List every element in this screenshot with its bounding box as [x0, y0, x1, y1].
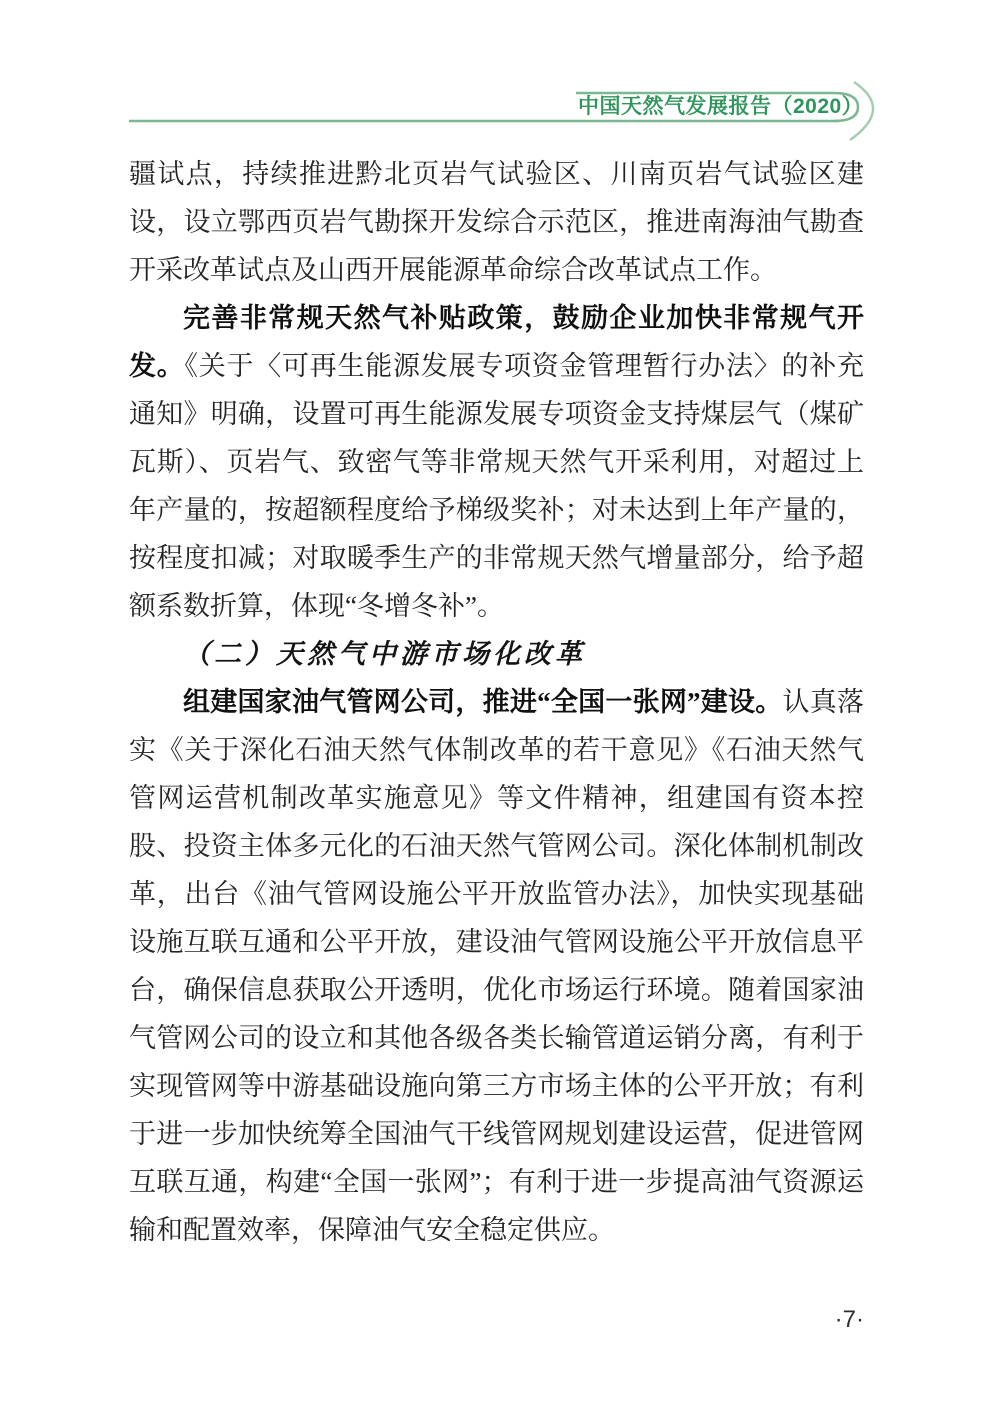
paragraph: 完善非常规天然气补贴政策，鼓励企业加快非常规气开发。《关于〈可再生能源发展专项资… — [129, 294, 864, 630]
paragraph-text: 认真落实《关于深化石油天然气体制改革的若干意见》《石油天然气管网运营机制改革实施… — [129, 687, 864, 1245]
paragraph: 组建国家油气管网公司，推进“全国一张网”建设。认真落实《关于深化石油天然气体制改… — [129, 678, 864, 1254]
document-body: 疆试点，持续推进黔北页岩气试验区、川南页岩气试验区建设，设立鄂西页岩气勘探开发综… — [129, 150, 864, 1254]
report-title: 中国天然气发展报告（2020） — [578, 94, 854, 120]
page-number: ·7· — [0, 1306, 864, 1334]
paragraph-text: 疆试点，持续推进黔北页岩气试验区、川南页岩气试验区建设，设立鄂西页岩气勘探开发综… — [129, 159, 864, 285]
page-header: 中国天然气发展报告（2020） — [0, 0, 1000, 150]
header-rule-decoration — [0, 0, 1000, 150]
paragraph-text: 《关于〈可再生能源发展专项资金管理暂行办法〉的补充通知》明确，设置可再生能源发展… — [129, 351, 864, 621]
section-heading: （二）天然气中游市场化改革 — [129, 630, 864, 678]
paragraph-lead-bold: 组建国家油气管网公司，推进“全国一张网”建设。 — [183, 687, 783, 717]
paragraph: 疆试点，持续推进黔北页岩气试验区、川南页岩气试验区建设，设立鄂西页岩气勘探开发综… — [129, 150, 864, 294]
document-page: { "header": { "report_title": "中国天然气发展报告… — [0, 0, 1000, 1406]
